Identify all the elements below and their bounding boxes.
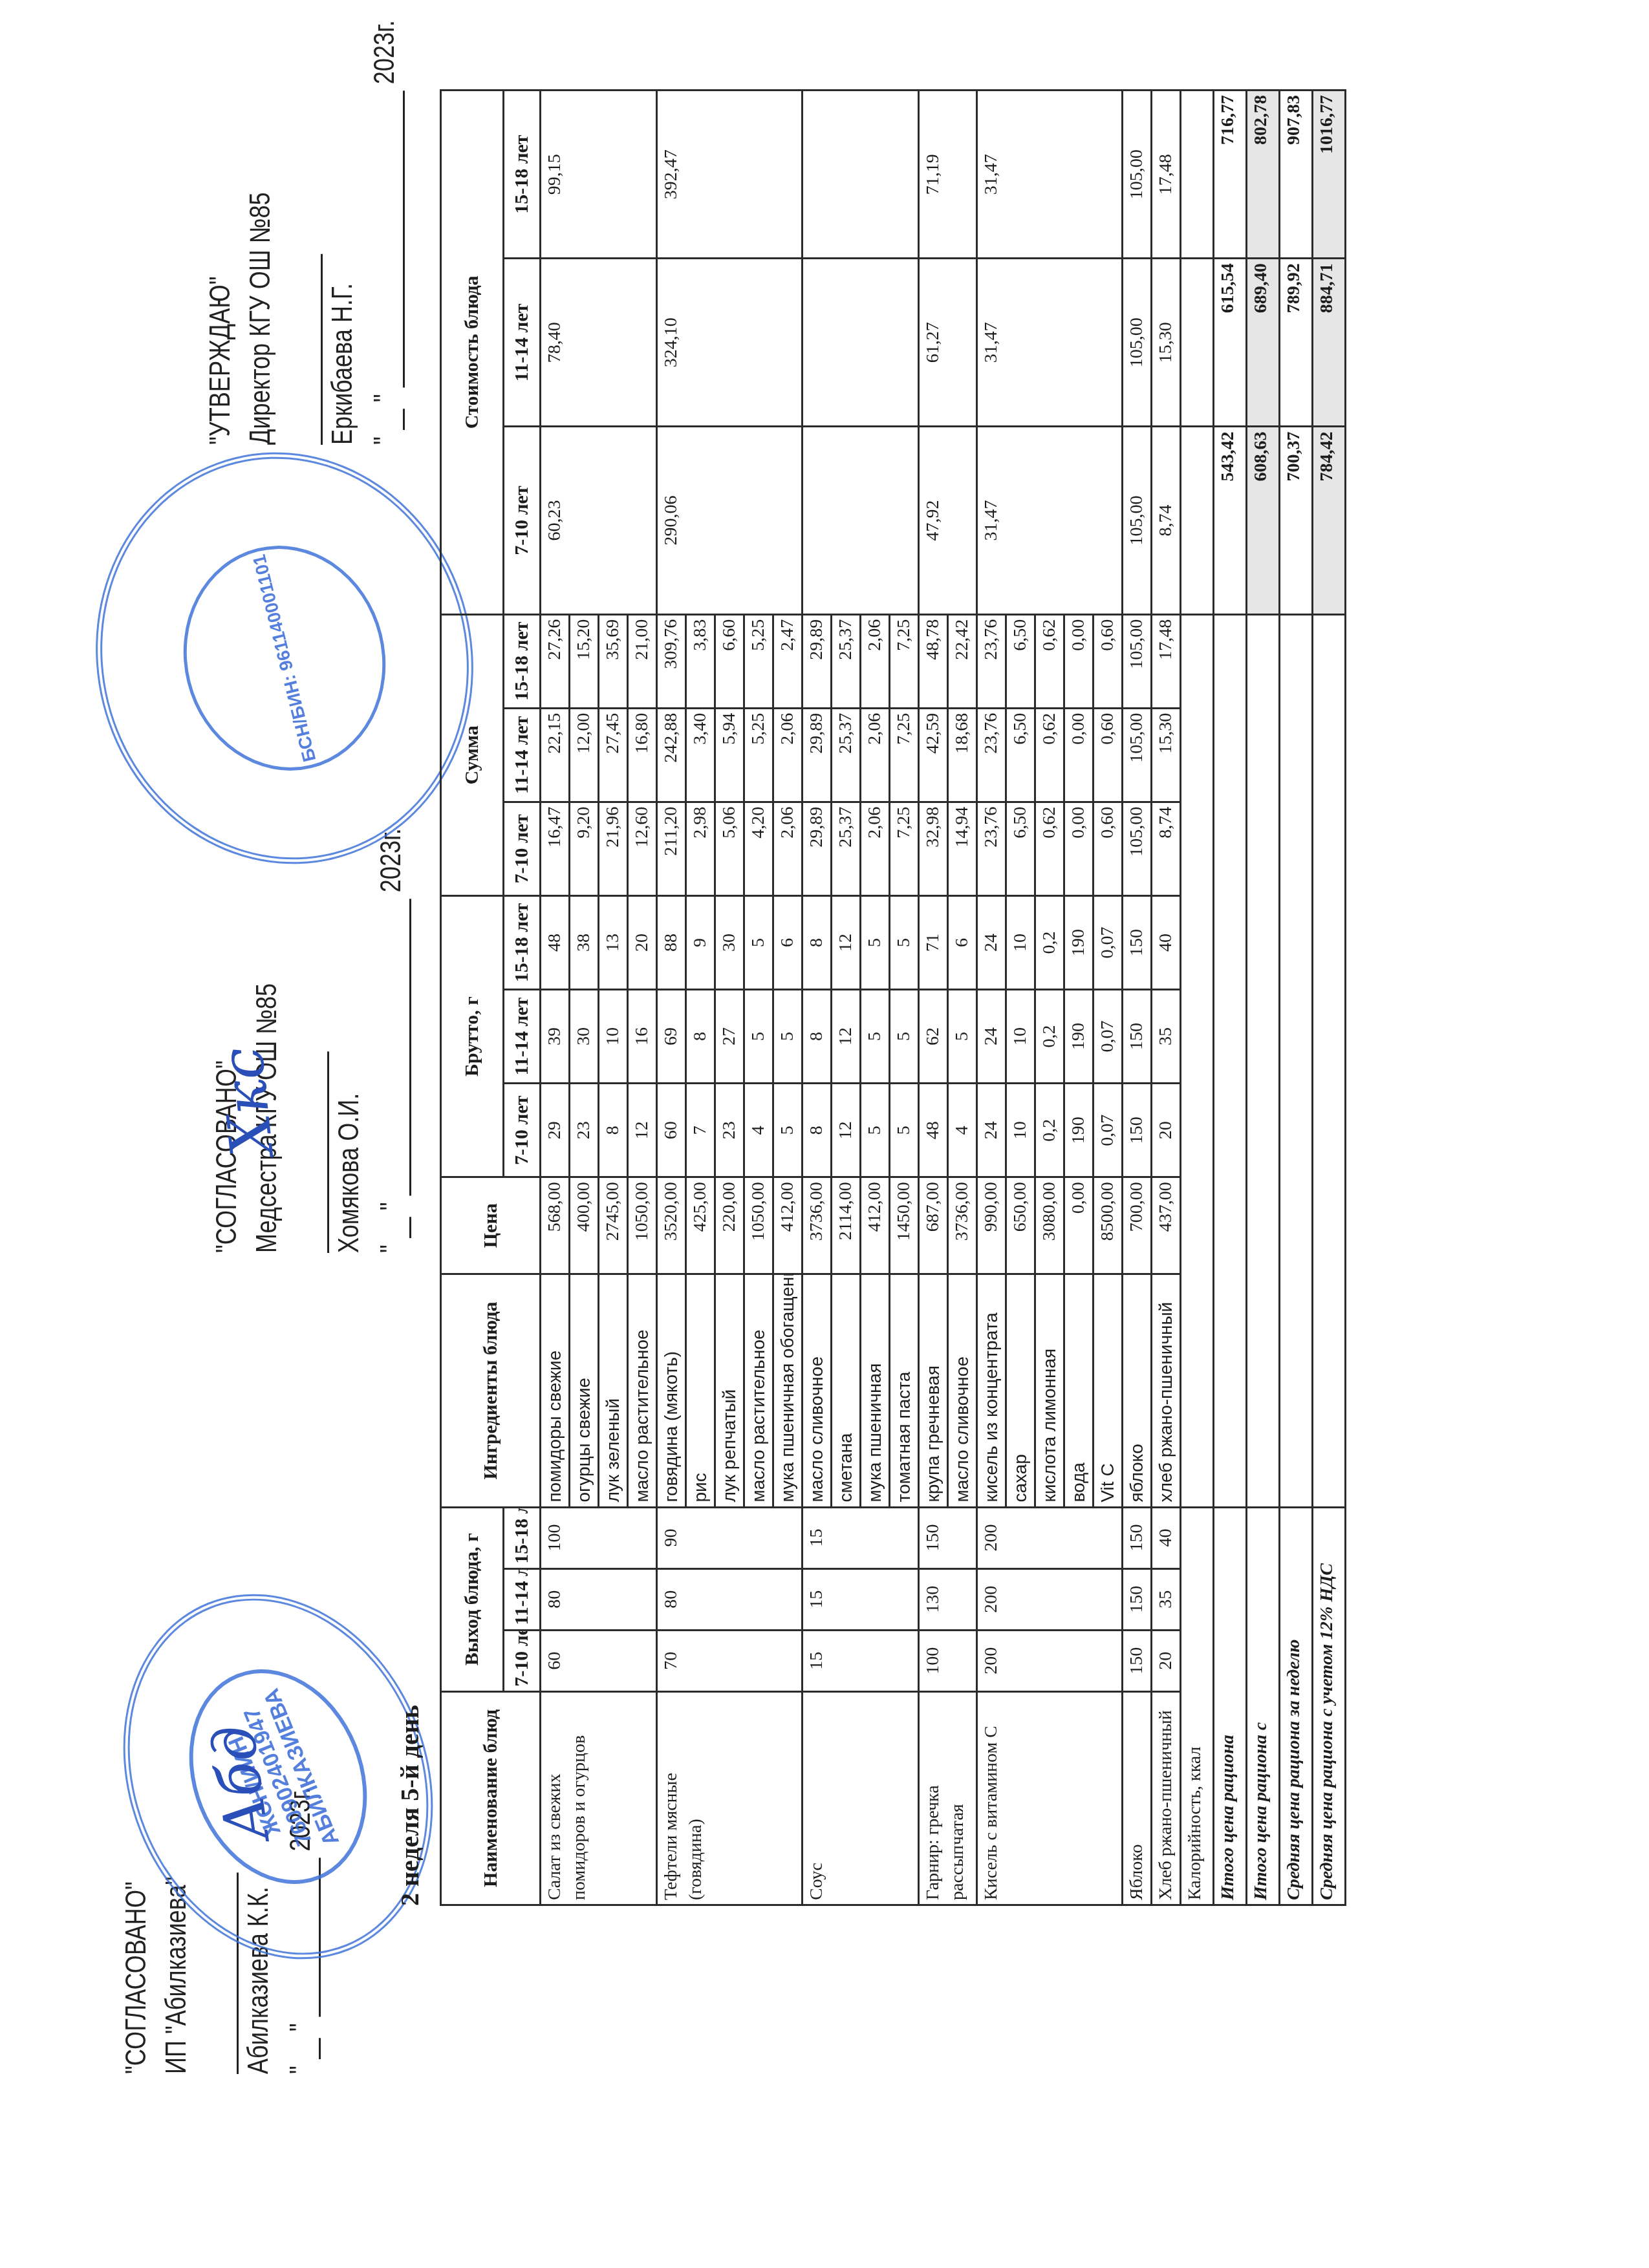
sum-age-2: 7,25 [890, 708, 919, 802]
dish-name: Кисель с витамином С [977, 1691, 1123, 1905]
ingredient-name: рис [686, 1274, 715, 1507]
summary-value-age-2: 789,92 [1280, 259, 1313, 427]
date-quote-open: " [285, 2066, 316, 2074]
approval-block-nurse: "СОГЛАСОВАНО" Медсестра КГУ ОШ №85 Хомяк… [207, 828, 411, 1253]
summary-row: Итого цена рациона с608,63689,40802,78 [1247, 91, 1280, 1905]
ingredient-price: 3736,00 [948, 1177, 977, 1274]
sum-age-2: 27,45 [599, 708, 628, 802]
brutto-age-1: 4 [744, 1084, 773, 1177]
summary-value-age-3: 907,83 [1280, 91, 1313, 259]
summary-row: Итого цена рациона543,42615,54716,77 [1214, 91, 1247, 1905]
brutto-age-3: 13 [599, 895, 628, 989]
brutto-age-3: 190 [1064, 895, 1094, 989]
sum-age-3: 105,00 [1123, 614, 1152, 708]
sum-age-1: 4,20 [744, 802, 773, 895]
header-output-age-1: 7-10 лет [504, 1630, 541, 1691]
brutto-age-3: 5 [744, 895, 773, 989]
dish-cost-age-3: 99,15 [541, 91, 657, 259]
sum-age-1: 25,37 [832, 802, 861, 895]
table-row: Салат из свежих помидоров и огурцов60801… [541, 91, 570, 1905]
sum-age-3: 48,78 [919, 614, 948, 708]
sum-age-1: 211,20 [657, 802, 686, 895]
sum-age-3: 15,20 [570, 614, 599, 708]
dish-cost-age-1: 290,06 [657, 427, 803, 614]
header-output: Выход блюда, г [441, 1507, 504, 1691]
summary-value-age-3: 802,78 [1247, 91, 1280, 259]
brutto-age-2: 5 [948, 990, 977, 1084]
ingredient-price: 220,00 [715, 1177, 744, 1274]
ingredient-name: кислота лимонная [1035, 1274, 1064, 1507]
sum-age-2: 29,89 [803, 708, 832, 802]
ingredient-price: 400,00 [570, 1177, 599, 1274]
brutto-age-1: 4 [948, 1084, 977, 1177]
sum-age-3: 35,69 [599, 614, 628, 708]
ingredient-price: 412,00 [861, 1177, 890, 1274]
dish-cost-age-3: 105,00 [1123, 91, 1152, 259]
ingredient-price: 700,00 [1123, 1177, 1152, 1274]
brutto-age-2: 0,07 [1094, 990, 1123, 1084]
header-sum-age-1: 7-10 лет [504, 802, 541, 895]
summary-blank [1181, 614, 1214, 1507]
sum-age-2: 12,00 [570, 708, 599, 802]
brutto-age-2: 150 [1123, 990, 1152, 1084]
header-price: Цена [441, 1177, 541, 1274]
sum-age-2: 5,25 [744, 708, 773, 802]
brutto-age-1: 23 [570, 1084, 599, 1177]
dish-name: Яблоко [1123, 1691, 1152, 1905]
sum-age-2: 0,62 [1035, 708, 1064, 802]
approval-title: "УТВЕРЖДАЮ" [200, 20, 241, 445]
dish-output-age-2: 200 [977, 1568, 1123, 1630]
ingredient-price: 687,00 [919, 1177, 948, 1274]
brutto-age-1: 23 [715, 1084, 744, 1177]
ingredient-price: 425,00 [686, 1177, 715, 1274]
summary-label: Средняя цена рациона за неделю [1280, 1507, 1313, 1905]
sum-age-1: 6,50 [1006, 802, 1035, 895]
dish-cost-age-3: 17,48 [1152, 91, 1181, 259]
dish-cost-age-2 [803, 259, 919, 427]
ingredient-name: масло сливочное [803, 1274, 832, 1507]
sum-age-3: 7,25 [890, 614, 919, 708]
summary-value-age-1: 608,63 [1247, 427, 1280, 614]
dish-output-age-1: 20 [1152, 1630, 1181, 1691]
brutto-age-1: 10 [1006, 1084, 1035, 1177]
sum-age-2: 6,50 [1006, 708, 1035, 802]
brutto-age-3: 0,2 [1035, 895, 1064, 989]
brutto-age-2: 27 [715, 990, 744, 1084]
dish-output-age-3: 200 [977, 1507, 1123, 1568]
sum-age-2: 242,88 [657, 708, 686, 802]
sum-age-3: 27,26 [541, 614, 570, 708]
ingredient-name: вода [1064, 1274, 1094, 1507]
brutto-age-1: 190 [1064, 1084, 1094, 1177]
brutto-age-1: 8 [803, 1084, 832, 1177]
summary-value-age-1: 700,37 [1280, 427, 1313, 614]
sum-age-2: 2,06 [861, 708, 890, 802]
brutto-age-3: 24 [977, 895, 1006, 989]
sum-age-3: 0,62 [1035, 614, 1064, 708]
summary-blank [1247, 614, 1280, 1507]
header-sum: Сумма [441, 614, 504, 895]
sum-age-1: 7,25 [890, 802, 919, 895]
date-quote-open: " [375, 1245, 407, 1253]
brutto-age-2: 5 [773, 990, 803, 1084]
summary-row: Калорийность, ккал [1181, 91, 1214, 1905]
sum-age-1: 32,98 [919, 802, 948, 895]
summary-row: Средняя цена рациона с учетом 12% НДС784… [1313, 91, 1346, 1905]
sum-age-3: 2,06 [861, 614, 890, 708]
ingredient-price: 990,00 [977, 1177, 1006, 1274]
summary-label: Итого цена рациона [1214, 1507, 1247, 1905]
ingredient-price: 2114,00 [832, 1177, 861, 1274]
dish-output-age-1: 70 [657, 1630, 803, 1691]
dish-cost-age-1: 31,47 [977, 427, 1123, 614]
brutto-age-1: 5 [773, 1084, 803, 1177]
brutto-age-3: 12 [832, 895, 861, 989]
brutto-age-3: 6 [773, 895, 803, 989]
brutto-age-1: 12 [832, 1084, 861, 1177]
summary-label: Калорийность, ккал [1181, 1507, 1214, 1905]
summary-blank [1313, 614, 1346, 1507]
dish-cost-age-2: 78,40 [541, 259, 657, 427]
sum-age-3: 21,00 [628, 614, 657, 708]
ingredient-name: крупа гречневая [919, 1274, 948, 1507]
sum-age-3: 22,42 [948, 614, 977, 708]
table-row: Тефтели мясные (говядина)708090говядина … [657, 91, 686, 1905]
sum-age-1: 0,00 [1064, 802, 1094, 895]
ingredient-name: масло растительное [628, 1274, 657, 1507]
summary-value-age-2: 689,40 [1247, 259, 1280, 427]
sum-age-1: 23,76 [977, 802, 1006, 895]
sum-age-3: 309,76 [657, 614, 686, 708]
summary-value-age-3 [1181, 91, 1214, 259]
brutto-age-2: 8 [686, 990, 715, 1084]
ingredient-price: 1050,00 [744, 1177, 773, 1274]
sum-age-1: 105,00 [1123, 802, 1152, 895]
table-row: Кисель с витамином С200200200кисель из к… [977, 91, 1006, 1905]
brutto-age-3: 88 [657, 895, 686, 989]
brutto-age-1: 29 [541, 1084, 570, 1177]
summary-blank [1214, 614, 1247, 1507]
approval-org: Медсестра КГУ ОШ №85 [247, 828, 287, 1253]
sum-age-3: 3,83 [686, 614, 715, 708]
ingredient-name: томатная паста [890, 1274, 919, 1507]
dish-output-age-1: 150 [1123, 1630, 1152, 1691]
ingredient-price: 3736,00 [803, 1177, 832, 1274]
sum-age-2: 16,80 [628, 708, 657, 802]
ingredient-name: лук репчатый [715, 1274, 744, 1507]
sum-age-1: 9,20 [570, 802, 599, 895]
dish-output-age-1: 200 [977, 1630, 1123, 1691]
date-quote-close: " [369, 394, 400, 403]
ingredient-price: 568,00 [541, 1177, 570, 1274]
table-row: Яблоко150150150яблоко700,00150150150105,… [1123, 91, 1152, 1905]
brutto-age-1: 0,07 [1094, 1084, 1123, 1177]
dish-output-age-2: 80 [657, 1568, 803, 1630]
dish-cost-age-1 [803, 427, 919, 614]
sum-age-1: 2,06 [861, 802, 890, 895]
ingredient-price: 2745,00 [599, 1177, 628, 1274]
sum-age-2: 25,37 [832, 708, 861, 802]
brutto-age-3: 5 [890, 895, 919, 989]
header-output-age-2: 11-14 лет [504, 1568, 541, 1630]
sum-age-1: 12,60 [628, 802, 657, 895]
dish-output-age-2: 15 [803, 1568, 919, 1630]
date-quote-close: " [375, 1203, 407, 1211]
dish-cost-age-3 [803, 91, 919, 259]
sum-age-3: 0,00 [1064, 614, 1094, 708]
sum-age-3: 25,37 [832, 614, 861, 708]
header-dish-cost: Стоимость блюда [441, 91, 504, 615]
sum-age-2: 2,06 [773, 708, 803, 802]
ingredient-name: сметана [832, 1274, 861, 1507]
ingredient-name: мука пшеничная обогащенная [773, 1274, 803, 1507]
brutto-age-3: 38 [570, 895, 599, 989]
sum-age-1: 8,74 [1152, 802, 1181, 895]
brutto-age-1: 5 [890, 1084, 919, 1177]
header-brutto-age-1: 7-10 лет [504, 1084, 541, 1177]
brutto-age-2: 5 [861, 990, 890, 1084]
summary-value-age-1: 784,42 [1313, 427, 1346, 614]
sum-age-1: 2,98 [686, 802, 715, 895]
dish-output-age-3: 100 [541, 1507, 657, 1568]
header-ingredients: Ингредиенты блюда [441, 1274, 541, 1507]
brutto-age-1: 60 [657, 1084, 686, 1177]
dish-name: Хлеб ржано-пшеничный [1152, 1691, 1181, 1905]
dish-cost-age-3: 71,19 [919, 91, 977, 259]
sum-age-2: 105,00 [1123, 708, 1152, 802]
dish-output-age-3: 90 [657, 1507, 803, 1568]
dish-cost-age-2: 324,10 [657, 259, 803, 427]
brutto-age-3: 40 [1152, 895, 1181, 989]
table-row: Соус151515масло сливочное3736,0088829,89… [803, 91, 832, 1905]
header-sum-age-3: 15-18 лет [504, 614, 541, 708]
brutto-age-2: 190 [1064, 990, 1094, 1084]
dish-output-age-2: 150 [1123, 1568, 1152, 1630]
brutto-age-2: 0,2 [1035, 990, 1064, 1084]
date-year: 2023г. [369, 20, 400, 84]
sum-age-1: 0,62 [1035, 802, 1064, 895]
brutto-age-2: 39 [541, 990, 570, 1084]
sum-age-3: 6,50 [1006, 614, 1035, 708]
brutto-age-1: 48 [919, 1084, 948, 1177]
sum-age-2: 42,59 [919, 708, 948, 802]
header-output-age-3: 15-18 лет [504, 1507, 541, 1568]
dish-output-age-1: 100 [919, 1630, 977, 1691]
summary-label: Итого цена рациона с [1247, 1507, 1280, 1905]
dish-cost-age-3: 392,47 [657, 91, 803, 259]
brutto-age-1: 24 [977, 1084, 1006, 1177]
ingredient-name: огурцы свежие [570, 1274, 599, 1507]
summary-value-age-2: 615,54 [1214, 259, 1247, 427]
sum-age-3: 5,25 [744, 614, 773, 708]
sum-age-2: 0,00 [1064, 708, 1094, 802]
dish-name: Тефтели мясные (говядина) [657, 1691, 803, 1905]
sum-age-2: 0,60 [1094, 708, 1123, 802]
approval-block-director: "УТВЕРЖДАЮ" Директор КГУ ОШ №85 Еркибаев… [200, 20, 405, 445]
sum-age-1: 16,47 [541, 802, 570, 895]
approval-name: Еркибаева Н.Г. [323, 20, 363, 445]
sum-age-2: 22,15 [541, 708, 570, 802]
brutto-age-3: 5 [861, 895, 890, 989]
sum-age-2: 18,68 [948, 708, 977, 802]
brutto-age-2: 16 [628, 990, 657, 1084]
ingredient-price: 1050,00 [628, 1177, 657, 1274]
stamp-id: БСН/БИН: 961140001101 [248, 549, 321, 767]
ingredient-price: 3520,00 [657, 1177, 686, 1274]
dish-cost-age-2: 15,30 [1152, 259, 1181, 427]
dish-output-age-1: 60 [541, 1630, 657, 1691]
ingredient-price: 437,00 [1152, 1177, 1181, 1274]
sum-age-1: 21,96 [599, 802, 628, 895]
brutto-age-1: 8 [599, 1084, 628, 1177]
dish-output-age-2: 35 [1152, 1568, 1181, 1630]
ingredient-price: 650,00 [1006, 1177, 1035, 1274]
dish-output-age-3: 15 [803, 1507, 919, 1568]
dish-cost-age-1: 60,23 [541, 427, 657, 614]
sum-age-1: 2,06 [773, 802, 803, 895]
brutto-age-3: 48 [541, 895, 570, 989]
dish-name: Гарнир: гречка рассыпчатая [919, 1691, 977, 1905]
summary-value-age-1: 543,42 [1214, 427, 1247, 614]
dish-output-age-3: 150 [1123, 1507, 1152, 1568]
week-day-label: 2 неделя 5-й день [394, 1705, 425, 1906]
ingredient-name: масло растительное [744, 1274, 773, 1507]
header-dish-cost-age-1: 7-10 лет [504, 427, 541, 614]
dish-output-age-2: 80 [541, 1568, 657, 1630]
brutto-age-3: 71 [919, 895, 948, 989]
summary-blank [1280, 614, 1313, 1507]
ingredient-name: кисель из концентрата [977, 1274, 1006, 1507]
menu-cost-table: Наименование блюд Выход блюда, г Ингреди… [440, 89, 1346, 1906]
dish-output-age-1: 15 [803, 1630, 919, 1691]
dish-name: Салат из свежих помидоров и огурцов [541, 1691, 657, 1905]
approval-title: "СОГЛАСОВАНО" [207, 828, 247, 1253]
brutto-age-2: 69 [657, 990, 686, 1084]
date-quote-open: " [369, 436, 400, 445]
ingredient-name: хлеб ржано-пшеничный [1152, 1274, 1181, 1507]
signature-line [281, 254, 323, 445]
ingredient-name: масло сливочное [948, 1274, 977, 1507]
brutto-age-2: 10 [599, 990, 628, 1084]
summary-value-age-1 [1181, 427, 1214, 614]
brutto-age-3: 10 [1006, 895, 1035, 989]
brutto-age-1: 12 [628, 1084, 657, 1177]
header-dish-name: Наименование блюд [441, 1691, 541, 1905]
sum-age-1: 5,06 [715, 802, 744, 895]
summary-value-age-3: 1016,77 [1313, 91, 1346, 259]
sum-age-1: 14,94 [948, 802, 977, 895]
nurse-signature: Хкс [208, 1044, 286, 1159]
ingredient-price: 1450,00 [890, 1177, 919, 1274]
brutto-age-2: 24 [977, 990, 1006, 1084]
table-row: Гарнир: гречка рассыпчатая100130150крупа… [919, 91, 948, 1905]
dish-cost-age-2: 105,00 [1123, 259, 1152, 427]
brutto-age-2: 12 [832, 990, 861, 1084]
brutto-age-2: 5 [890, 990, 919, 1084]
ingredient-price: 3080,00 [1035, 1177, 1064, 1274]
brutto-age-1: 150 [1123, 1084, 1152, 1177]
brutto-age-3: 9 [686, 895, 715, 989]
brutto-age-3: 8 [803, 895, 832, 989]
dish-output-age-3: 150 [919, 1507, 977, 1568]
brutto-age-1: 20 [1152, 1084, 1181, 1177]
ingredient-name: помидоры свежие [541, 1274, 570, 1507]
dish-cost-age-1: 105,00 [1123, 427, 1152, 614]
summary-value-age-2 [1181, 259, 1214, 427]
dish-cost-age-1: 47,92 [919, 427, 977, 614]
brutto-age-2: 10 [1006, 990, 1035, 1084]
header-brutto-age-2: 11-14 лет [504, 990, 541, 1084]
brutto-age-3: 0,07 [1094, 895, 1123, 989]
brutto-age-2: 5 [744, 990, 773, 1084]
summary-value-age-2: 884,71 [1313, 259, 1346, 427]
ingredient-price: 412,00 [773, 1177, 803, 1274]
ingredient-name: мука пшеничная [861, 1274, 890, 1507]
sum-age-3: 23,76 [977, 614, 1006, 708]
summary-label: Средняя цена рациона с учетом 12% НДС [1313, 1507, 1346, 1905]
sum-age-2: 15,30 [1152, 708, 1181, 802]
brutto-age-1: 5 [861, 1084, 890, 1177]
ingredient-name: яблоко [1123, 1274, 1152, 1507]
document-sheet: "СОГЛАСОВАНО" ИП "Абилказиева" Абилказие… [0, 0, 1649, 2268]
header-brutto-age-3: 15-18 лет [504, 895, 541, 989]
sum-age-3: 6,60 [715, 614, 744, 708]
sum-age-3: 29,89 [803, 614, 832, 708]
brutto-age-2: 8 [803, 990, 832, 1084]
brutto-age-3: 20 [628, 895, 657, 989]
header-dish-cost-age-3: 15-18 лет [504, 91, 541, 259]
brutto-age-2: 30 [570, 990, 599, 1084]
summary-row: Средняя цена рациона за неделю700,37789,… [1280, 91, 1313, 1905]
header-sum-age-2: 11-14 лет [504, 708, 541, 802]
sum-age-2: 23,76 [977, 708, 1006, 802]
ingredient-name: говядина (мякоть) [657, 1274, 686, 1507]
dish-cost-age-3: 31,47 [977, 91, 1123, 259]
approval-org: Директор КГУ ОШ №85 [241, 20, 281, 445]
dish-name: Соус [803, 1691, 919, 1905]
brutto-age-1: 7 [686, 1084, 715, 1177]
table-row: Хлеб ржано-пшеничный203540хлеб ржано-пше… [1152, 91, 1181, 1905]
ingredient-name: Vit C [1094, 1274, 1123, 1507]
brutto-age-3: 6 [948, 895, 977, 989]
ingredient-price: 0,00 [1064, 1177, 1094, 1274]
brutto-age-3: 30 [715, 895, 744, 989]
date-quote-close: " [285, 2024, 316, 2032]
dish-output-age-3: 40 [1152, 1507, 1181, 1568]
ingredient-name: сахар [1006, 1274, 1035, 1507]
header-brutto: Брутто, г [441, 895, 504, 1177]
signature-line [287, 1051, 329, 1253]
brutto-age-3: 150 [1123, 895, 1152, 989]
summary-value-age-3: 716,77 [1214, 91, 1247, 259]
dish-cost-age-2: 31,47 [977, 259, 1123, 427]
sum-age-1: 29,89 [803, 802, 832, 895]
brutto-age-2: 62 [919, 990, 948, 1084]
sum-age-1: 0,60 [1094, 802, 1123, 895]
dish-cost-age-2: 61,27 [919, 259, 977, 427]
header-dish-cost-age-2: 11-14 лет [504, 259, 541, 427]
sum-age-3: 17,48 [1152, 614, 1181, 708]
sum-age-3: 2,47 [773, 614, 803, 708]
approval-name: Хомякова О.И. [329, 828, 369, 1253]
ingredient-price: 8500,00 [1094, 1177, 1123, 1274]
sum-age-2: 5,94 [715, 708, 744, 802]
sum-age-3: 0,60 [1094, 614, 1123, 708]
brutto-age-1: 0,2 [1035, 1084, 1064, 1177]
ingredient-name: лук зеленый [599, 1274, 628, 1507]
dish-output-age-2: 130 [919, 1568, 977, 1630]
